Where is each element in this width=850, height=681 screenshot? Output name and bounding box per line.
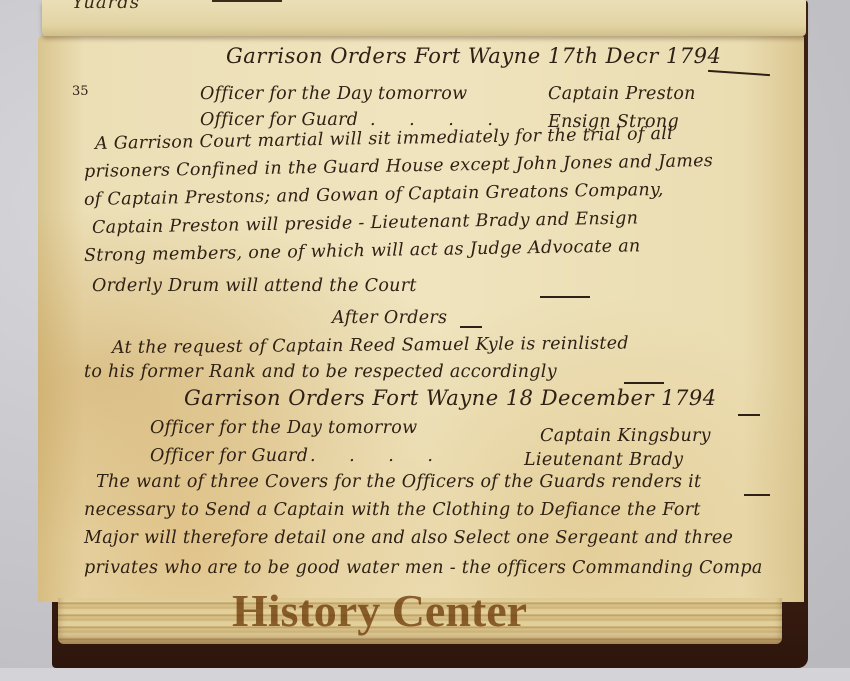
duty-name: Captain Kingsbury [540, 426, 711, 446]
line-end-rule [624, 382, 664, 384]
duty-role: Officer for the Day tomorrow [150, 418, 417, 438]
body-line: privates who are to be good water men - … [84, 558, 763, 578]
previous-page-rule [212, 0, 282, 2]
entry-1-heading: Garrison Orders Fort Wayne 17th Decr 179… [226, 44, 721, 68]
duty-name: Captain Preston [548, 84, 696, 104]
line-end-rule [540, 296, 590, 298]
body-line: Orderly Drum will attend the Court [92, 276, 417, 296]
page-number: 35 [72, 84, 89, 99]
body-line: necessary to Send a Captain with the Clo… [84, 500, 701, 520]
table-surface [0, 668, 850, 681]
duty-role: Officer for Guard [200, 110, 358, 130]
line-end-rule [744, 494, 770, 496]
body-line: to his former Rank and to be respected a… [84, 362, 557, 382]
duty-role: Officer for Guard [150, 446, 308, 466]
heading-flourish [738, 414, 760, 416]
heading-rule [460, 326, 482, 328]
previous-page-text: Yuards [72, 0, 140, 13]
previous-page-edge: Yuards [42, 0, 806, 36]
photo-scene: Yuards 35 Garrison Orders Fort Wayne 17t… [0, 0, 850, 681]
body-line: The want of three Covers for the Officer… [96, 472, 701, 492]
body-line: Major will therefore detail one and also… [84, 528, 733, 548]
entry-3-heading: Garrison Orders Fort Wayne 18 December 1… [184, 386, 717, 410]
entry-2-heading: After Orders [332, 308, 447, 328]
duty-role: Officer for the Day tomorrow [200, 84, 467, 104]
history-center-watermark: History Center [232, 584, 527, 637]
dot-leader: . . . . [310, 446, 447, 466]
duty-name: Lieutenant Brady [524, 450, 683, 470]
